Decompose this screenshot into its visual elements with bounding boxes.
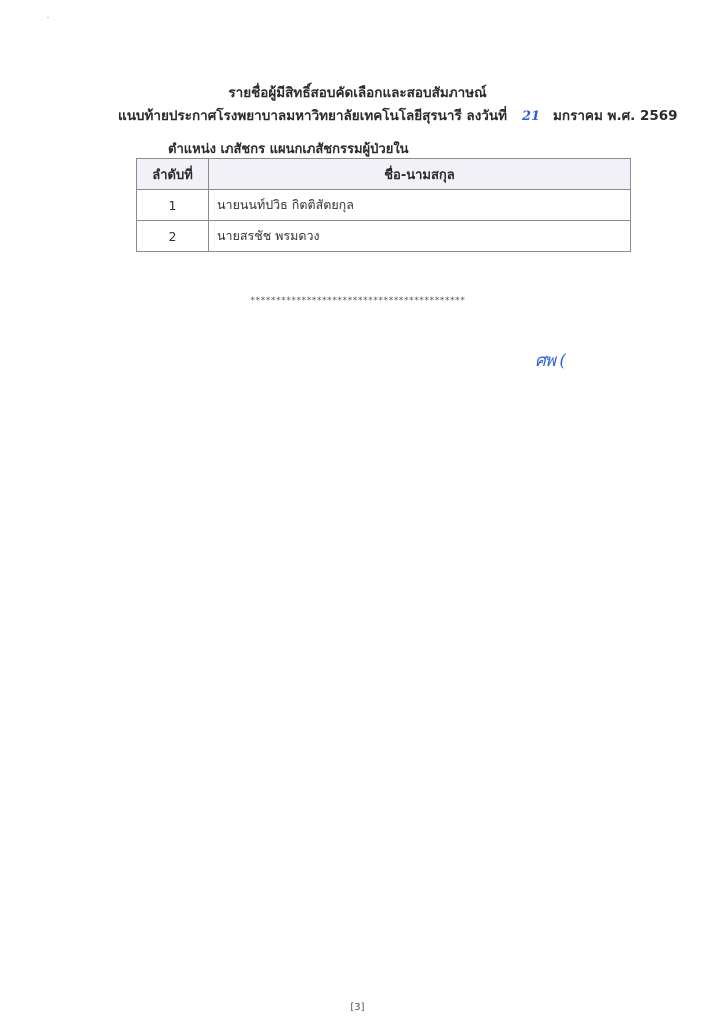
handwritten-signature: ศพ ( bbox=[535, 347, 565, 374]
table-row: 2 นายสรชัช พรมดวง bbox=[137, 221, 631, 252]
row-number: 2 bbox=[137, 221, 209, 252]
handwritten-day: 21 bbox=[517, 109, 545, 124]
page-number: [3] bbox=[0, 1002, 715, 1013]
row-name: นายสรชัช พรมดวง bbox=[209, 221, 631, 252]
document-subtitle: แนบท้ายประกาศโรงพยาบาลมหาวิทยาลัยเทคโนโล… bbox=[118, 104, 678, 126]
document-page: รายชื่อผู้มีสิทธิ์สอบคัดเลือกและสอบสัมภา… bbox=[0, 0, 715, 1024]
position-line: ตำแหน่ง เภสัชกร แผนกเภสัชกรรมผู้ป่วยใน bbox=[168, 138, 409, 159]
separator-asterisks: ****************************************… bbox=[0, 296, 715, 306]
header-name: ชื่อ-นามสกุล bbox=[209, 159, 631, 190]
subtitle-suffix: มกราคม พ.ศ. 2569 bbox=[553, 108, 678, 124]
row-name: นายนนท์ปวิธ กิตติสัตยกุล bbox=[209, 190, 631, 221]
table-header-row: ลำดับที่ ชื่อ-นามสกุล bbox=[137, 159, 631, 190]
header-number: ลำดับที่ bbox=[137, 159, 209, 190]
table-row: 1 นายนนท์ปวิธ กิตติสัตยกุล bbox=[137, 190, 631, 221]
candidate-table: ลำดับที่ ชื่อ-นามสกุล 1 นายนนท์ปวิธ กิตต… bbox=[136, 158, 631, 252]
row-number: 1 bbox=[137, 190, 209, 221]
scan-speck bbox=[47, 17, 49, 18]
document-title: รายชื่อผู้มีสิทธิ์สอบคัดเลือกและสอบสัมภา… bbox=[0, 81, 715, 103]
subtitle-prefix: แนบท้ายประกาศโรงพยาบาลมหาวิทยาลัยเทคโนโล… bbox=[118, 108, 507, 124]
